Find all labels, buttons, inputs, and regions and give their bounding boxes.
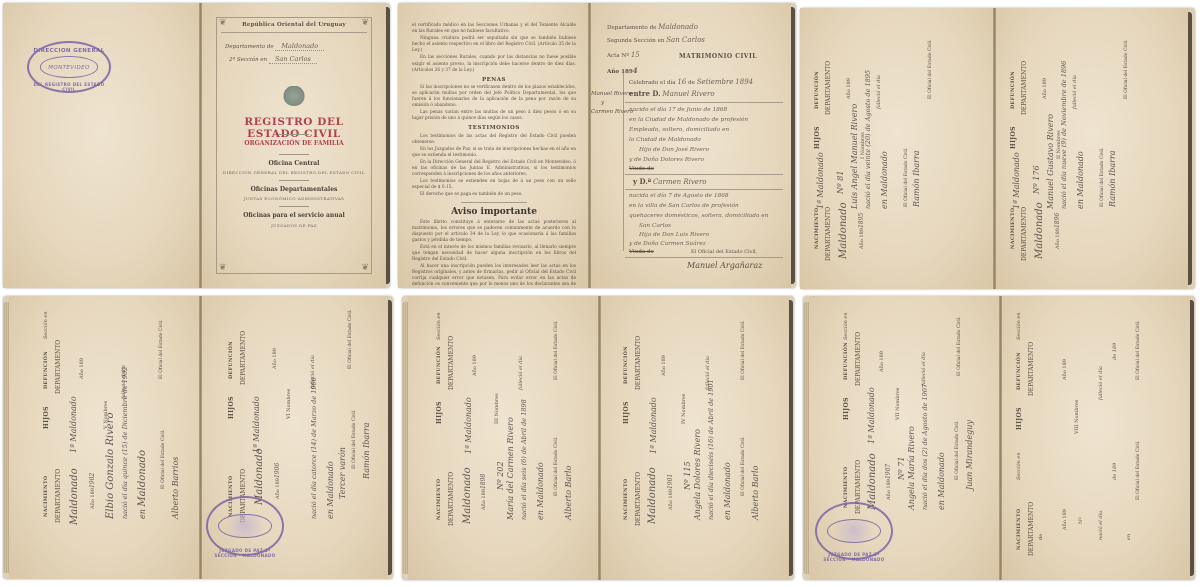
oficinas-servicio-anual: Oficinas para el servicio anual — [217, 212, 371, 219]
document-subtitle: ORGANIZACIÓN DE FAMILIA — [217, 140, 371, 147]
heading-penas: PENAS — [412, 77, 576, 83]
legal-text-page: el certificado médico en las Secciones U… — [398, 3, 588, 288]
register-page-iii: NACIMIENTO DEPARTAMENTO Maldonado Año 18… — [408, 296, 598, 580]
register-entry: NACIMIENTO DEPARTAMENTO Maldonado Año 18… — [996, 8, 1188, 289]
bride-name: Carmen Rivero — [653, 178, 707, 186]
oficinas-departamentales: Oficinas Departamentales — [217, 186, 371, 193]
register-page-vii: NACIMIENTO DEPARTAMENTO Maldonado Año 18… — [809, 296, 999, 580]
title-page: ❦ ❦ ❦ ❦ República Oriental del Uruguay D… — [202, 3, 386, 288]
register-page-vi: NACIMIENTO DEPARTAMENTO Maldonado Año 18… — [202, 296, 388, 579]
margin-bride: Carmen Rivero — [591, 109, 633, 115]
ornament-icon: ❦ — [219, 263, 227, 273]
groom-name: Manuel Rivero — [662, 90, 714, 98]
seccion-field: 2ª Sección en San Carlos — [229, 55, 317, 63]
register-page-viii: NACIMIENTO DEPARTAMENTO de Año 189 Nº na… — [1002, 296, 1190, 580]
title-frame: ❦ ❦ ❦ ❦ República Oriental del Uruguay D… — [216, 17, 372, 274]
register-entry: NACIMIENTO DEPARTAMENTO Maldonado Año 18… — [601, 296, 789, 580]
oficial-signature: Manuel Argañaraz — [687, 261, 762, 270]
register-entry: NACIMIENTO DEPARTAMENTO Maldonado Año 18… — [9, 296, 199, 579]
marriage-certificate-page: Departamento de Maldonado Segunda Secció… — [591, 3, 791, 288]
coat-of-arms-icon — [283, 86, 305, 106]
booklet-births-3-4: NACIMIENTO DEPARTAMENTO Maldonado Año 18… — [402, 296, 794, 580]
booklet-births-5-6: NACIMIENTO DEPARTAMENTO Maldonado Año 18… — [3, 296, 393, 579]
register-page-i: NACIMIENTO DEPARTAMENTO Maldonado Año 18… — [800, 8, 993, 289]
register-page-ii: NACIMIENTO DEPARTAMENTO Maldonado Año 18… — [996, 8, 1188, 289]
inside-cover-page: DIRECCION GENERAL MONTEVIDEO DEL REGISTR… — [3, 3, 199, 288]
republic-label: República Oriental del Uruguay — [217, 22, 371, 28]
margin-groom: Manuel Rivero — [591, 91, 632, 97]
register-page-iv: NACIMIENTO DEPARTAMENTO Maldonado Año 18… — [601, 296, 789, 580]
legal-text: el certificado médico en las Secciones U… — [412, 23, 576, 288]
marriage-heading: MATRIMONIO CIVIL — [679, 53, 757, 60]
heading-testimonios: TESTIMONIOS — [412, 125, 576, 131]
oficina-central: Oficina Central — [217, 160, 371, 167]
register-entry: NACIMIENTO DEPARTAMENTO Maldonado Año 18… — [408, 296, 598, 580]
stamp-direccion-general: DIRECCION GENERAL MONTEVIDEO DEL REGISTR… — [27, 41, 111, 93]
booklet-marriage-spread: el certificado médico en las Secciones U… — [398, 3, 796, 288]
booklet-births-1-2: NACIMIENTO DEPARTAMENTO Maldonado Año 18… — [800, 8, 1195, 289]
oficial-label: El Oficial del Estado Civil, — [691, 249, 757, 255]
departamento-field: Departamento de Maldonado — [225, 42, 324, 50]
booklet-births-7-8: NACIMIENTO DEPARTAMENTO Maldonado Año 18… — [803, 296, 1195, 580]
register-entry: NACIMIENTO DEPARTAMENTO Maldonado Año 18… — [800, 8, 993, 289]
stamp-juzgado-de-paz: JUZGADO DE PAZ 1ª SECCION · MALDONADO — [206, 496, 284, 556]
ornament-icon: ❦ — [361, 263, 369, 273]
register-page-v: NACIMIENTO DEPARTAMENTO Maldonado Año 18… — [9, 296, 199, 579]
document-title: REGISTRO DEL ESTADO CIVIL — [217, 116, 371, 140]
heading-aviso-importante: Aviso importante — [412, 209, 576, 215]
register-entry-blank: NACIMIENTO DEPARTAMENTO de Año 189 Nº na… — [1002, 296, 1190, 580]
stamp-juzgado-de-paz: JUZGADO DE PAZ 1ª SECCION · MALDONADO — [815, 502, 893, 560]
booklet-title-spread: DIRECCION GENERAL MONTEVIDEO DEL REGISTR… — [3, 3, 390, 288]
